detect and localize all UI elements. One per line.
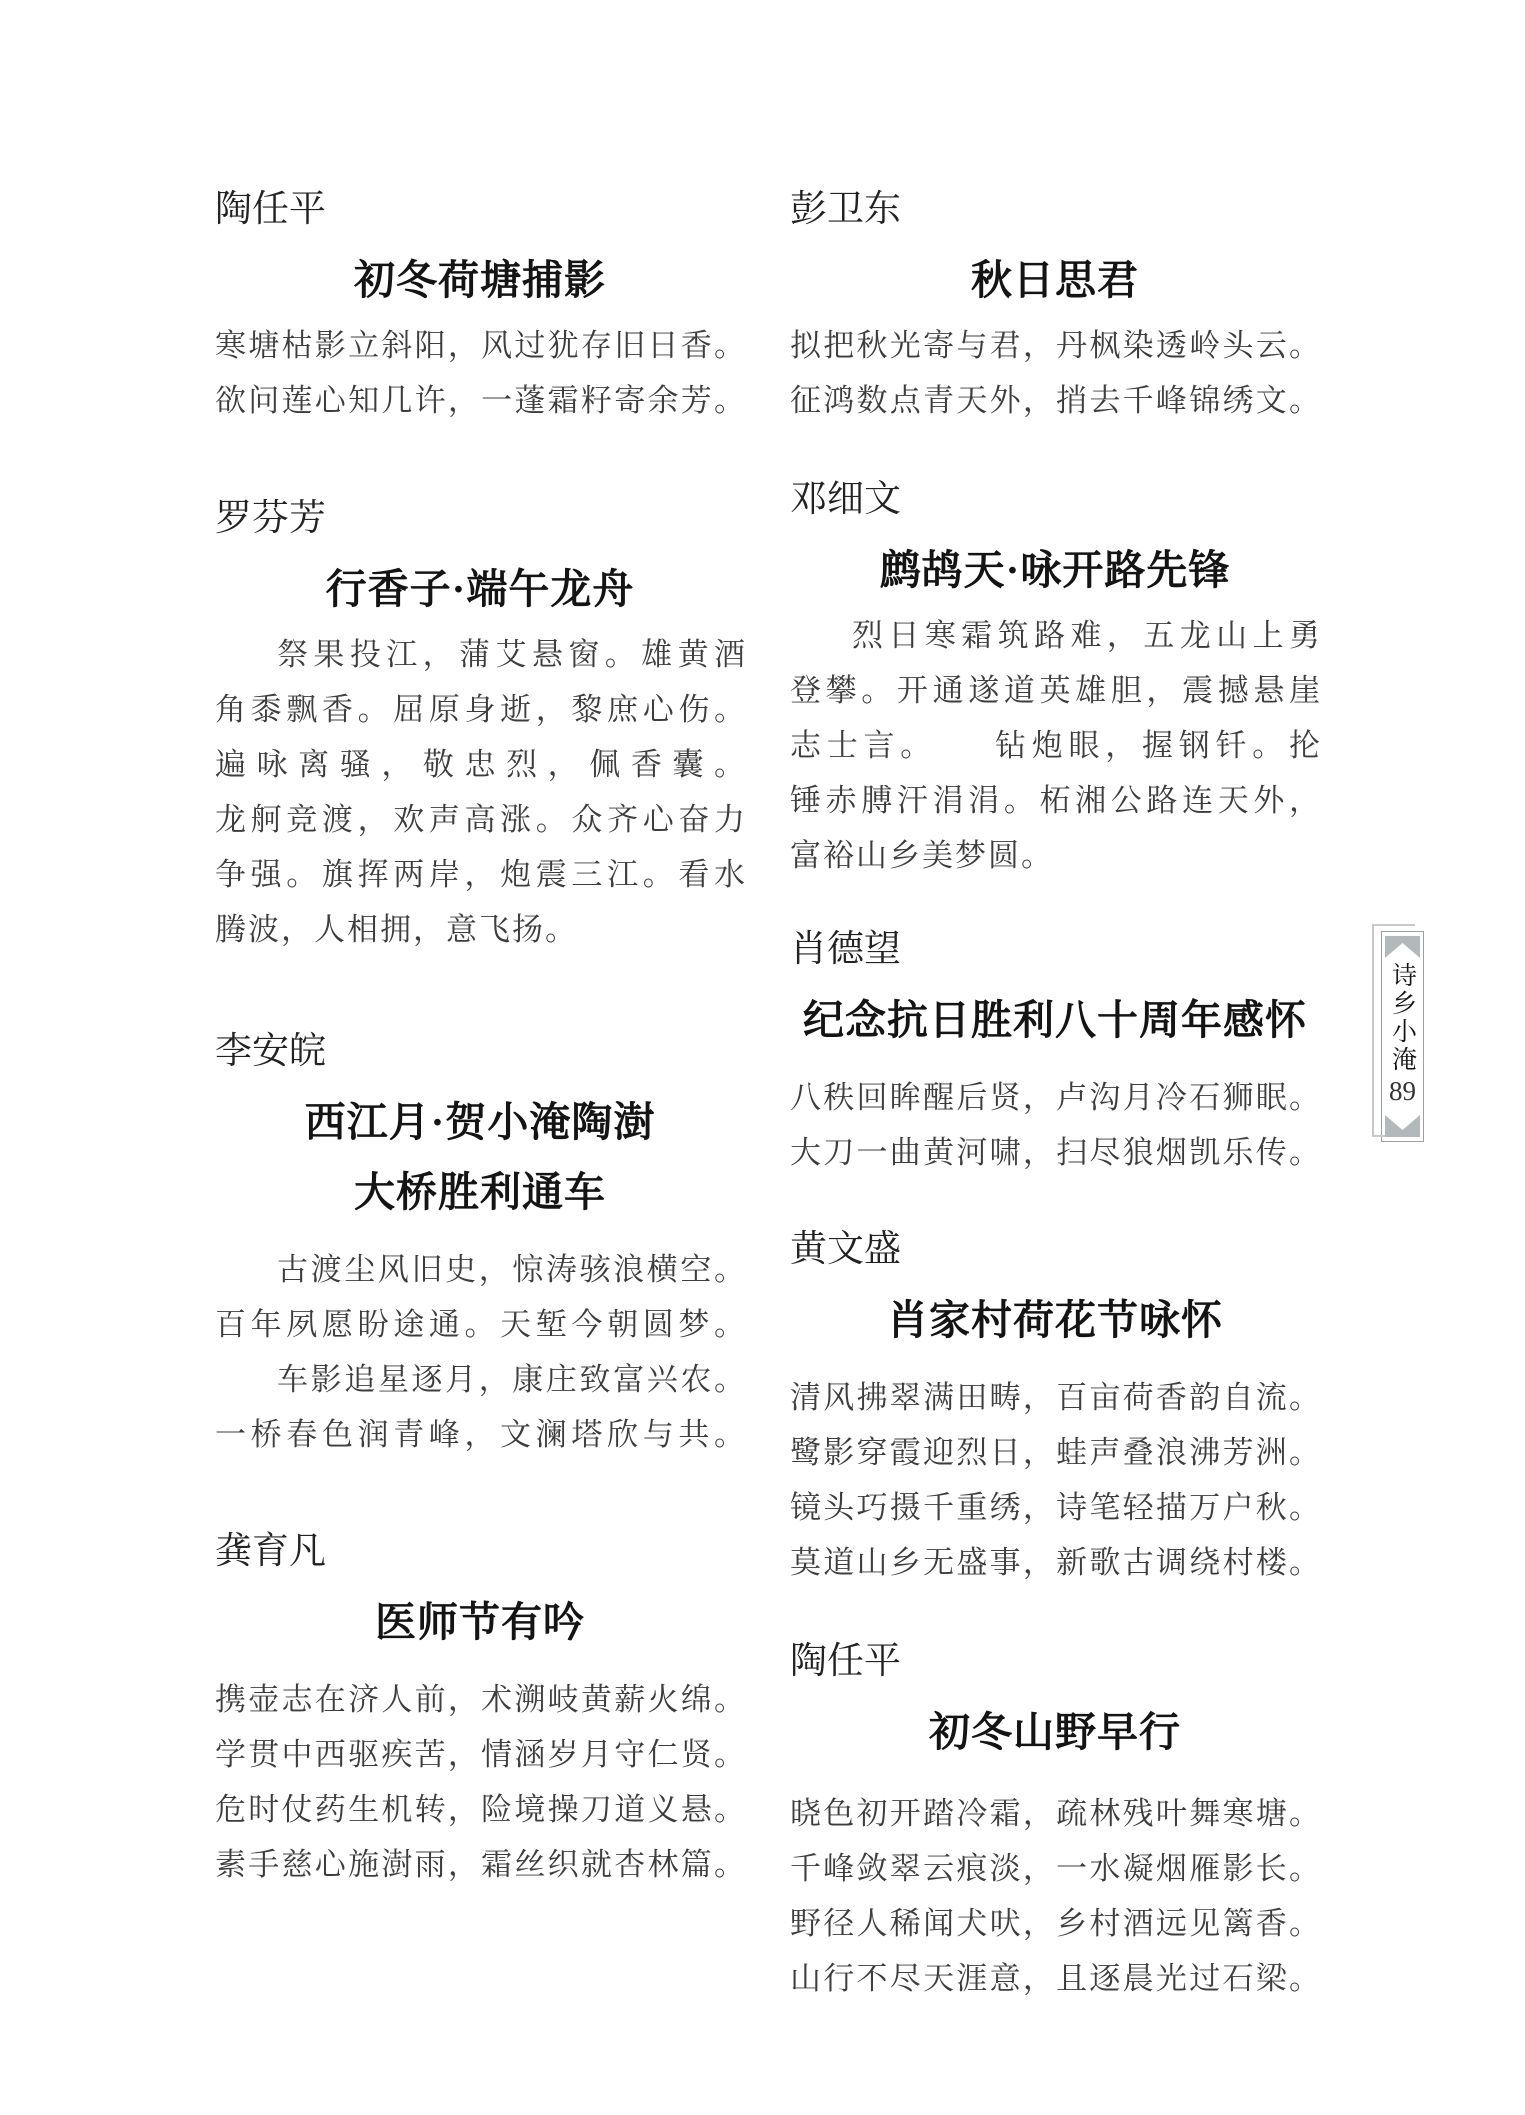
page: 陶任平 初冬荷塘捕影 寒塘枯影立斜阳，风过犹存旧日香。 欲问莲心知几许，一蓬霜籽… [0, 0, 1525, 2115]
poem-line: 祭果投江，蒲艾悬窗。雄黄酒 [215, 627, 745, 682]
poem-line: 晓色初开踏冷霜，疏林残叶舞寒塘。 [790, 1786, 1320, 1841]
poem-author: 黄文盛 [790, 1228, 1320, 1272]
poem-title: 行香子·端午龙舟 [215, 565, 745, 613]
poem-xiaodewang-jinian: 肖德望 纪念抗日胜利八十周年感怀 八秩回眸醒后贤，卢沟月冷石狮眠。 大刀一曲黄河… [790, 928, 1320, 1180]
poem-line: 素手慈心施澍雨，霜丝织就杏林篇。 [215, 1837, 745, 1892]
poem-line: 危时仗药生机转，险境操刀道义悬。 [215, 1782, 745, 1837]
poem-title: 纪念抗日胜利八十周年感怀 [790, 996, 1320, 1044]
right-column: 彭卫东 秋日思君 拟把秋光寄与君，丹枫染透岭头云。 征鸿数点青天外，捎去千峰锦绣… [790, 0, 1320, 2115]
poem-line: 野径人稀闻犬吠，乡村酒远见篱香。 [790, 1896, 1320, 1951]
side-banner: 诗乡小淹 89 [1381, 931, 1424, 1142]
poem-author: 肖德望 [790, 928, 1320, 972]
poem-title-line1: 西江月·贺小淹陶澍 [215, 1098, 745, 1146]
poem-author: 陶任平 [215, 188, 745, 232]
poem-line: 百年夙愿盼途通。天堑今朝圆梦。 [215, 1297, 745, 1352]
poem-lianwan-xijiangyue: 李安皖 西江月·贺小淹陶澍 大桥胜利通车 古渡尘风旧史，惊涛骇浪横空。 百年夙愿… [215, 1030, 745, 1462]
poem-line: 车影追星逐月，康庄致富兴农。 [215, 1352, 745, 1407]
poem-line: 龙舸竞渡，欢声高涨。众齐心奋力 [215, 792, 745, 847]
poem-line: 清风拂翠满田畴，百亩荷香韵自流。 [790, 1370, 1320, 1425]
poem-taorenping-hetang: 陶任平 初冬荷塘捕影 寒塘枯影立斜阳，风过犹存旧日香。 欲问莲心知几许，一蓬霜籽… [215, 188, 745, 428]
poem-line: 征鸿数点青天外，捎去千峰锦绣文。 [790, 373, 1320, 428]
poem-title: 初冬山野早行 [790, 1708, 1320, 1756]
poem-huangwensheng-hehuajie: 黄文盛 肖家村荷花节咏怀 清风拂翠满田畴，百亩荷香韵自流。 鹭影穿霞迎烈日，蛙声… [790, 1228, 1320, 1590]
poem-taorenping-shanye: 陶任平 初冬山野早行 晓色初开踏冷霜，疏林残叶舞寒塘。 千峰敛翠云痕淡，一水凝烟… [790, 1640, 1320, 2006]
poem-title: 鹧鸪天·咏开路先锋 [790, 546, 1320, 594]
poem-line: 八秩回眸醒后贤，卢沟月冷石狮眠。 [790, 1070, 1320, 1125]
banner-ribbon-top [1385, 936, 1420, 958]
poem-line: 角黍飘香。屈原身逝，黎庶心伤。 [215, 682, 745, 737]
poem-line: 富裕山乡美梦圆。 [790, 828, 1320, 883]
poem-line: 山行不尽天涯意，且逐晨光过石梁。 [790, 1951, 1320, 2006]
poem-line: 登攀。开通遂道英雄胆，震撼悬崖 [790, 663, 1320, 718]
poem-author: 邓细文 [790, 478, 1320, 522]
poem-author: 罗芬芳 [215, 497, 745, 541]
poem-title: 秋日思君 [790, 256, 1320, 304]
poem-line: 古渡尘风旧史，惊涛骇浪横空。 [215, 1242, 745, 1297]
poem-line: 欲问莲心知几许，一蓬霜籽寄余芳。 [215, 373, 745, 428]
poem-author: 龚育凡 [215, 1530, 745, 1574]
poem-line: 拟把秋光寄与君，丹枫染透岭头云。 [790, 318, 1320, 373]
poem-author: 李安皖 [215, 1030, 745, 1074]
poem-line: 学贯中西驱疾苦，情涵岁月守仁贤。 [215, 1727, 745, 1782]
poem-gongyufan-yishijie: 龚育凡 医师节有吟 携壶志在济人前，术溯岐黄薪火绵。 学贯中西驱疾苦，情涵岁月守… [215, 1530, 745, 1892]
poem-dengxiwen-zhegutian: 邓细文 鹧鸪天·咏开路先锋 烈日寒霜筑路难，五龙山上勇 登攀。开通遂道英雄胆，震… [790, 478, 1320, 883]
poem-line: 一桥春色润青峰，文澜塔欣与共。 [215, 1407, 745, 1462]
poem-pengweidong-qiuri: 彭卫东 秋日思君 拟把秋光寄与君，丹枫染透岭头云。 征鸿数点青天外，捎去千峰锦绣… [790, 188, 1320, 428]
poem-author: 陶任平 [790, 1640, 1320, 1684]
poem-line: 烈日寒霜筑路难，五龙山上勇 [790, 608, 1320, 663]
poem-line: 镜头巧摄千重绣，诗笔轻描万户秋。 [790, 1480, 1320, 1535]
poem-line: 志士言。 钻炮眼，握钢钎。抡 [790, 718, 1320, 773]
poem-title-line2: 大桥胜利通车 [215, 1168, 745, 1216]
poem-line: 携壶志在济人前，术溯岐黄薪火绵。 [215, 1672, 745, 1727]
poem-line: 莫道山乡无盛事，新歌古调绕村楼。 [790, 1535, 1320, 1590]
left-column: 陶任平 初冬荷塘捕影 寒塘枯影立斜阳，风过犹存旧日香。 欲问莲心知几许，一蓬霜籽… [215, 0, 745, 2115]
poem-line: 寒塘枯影立斜阳，风过犹存旧日香。 [215, 318, 745, 373]
banner-ribbon-bottom [1385, 1115, 1420, 1137]
page-number: 89 [1382, 1076, 1423, 1107]
poem-line: 争强。旗挥两岸，炮震三江。看水 [215, 847, 745, 902]
poem-line: 鹭影穿霞迎烈日，蛙声叠浪沸芳洲。 [790, 1425, 1320, 1480]
poem-author: 彭卫东 [790, 188, 1320, 232]
poem-line: 腾波，人相拥，意飞扬。 [215, 902, 745, 957]
poem-line: 遍咏离骚，敬忠烈，佩香囊。 [215, 737, 745, 792]
poem-title: 肖家村荷花节咏怀 [790, 1296, 1320, 1344]
poem-line: 大刀一曲黄河啸，扫尽狼烟凯乐传。 [790, 1125, 1320, 1180]
poem-title: 初冬荷塘捕影 [215, 256, 745, 304]
poem-luofenfang-xingxiangzi: 罗芬芳 行香子·端午龙舟 祭果投江，蒲艾悬窗。雄黄酒 角黍飘香。屈原身逝，黎庶心… [215, 497, 745, 957]
poem-line: 锤赤膊汗涓涓。柘湘公路连天外， [790, 773, 1320, 828]
poem-line: 千峰敛翠云痕淡，一水凝烟雁影长。 [790, 1841, 1320, 1896]
banner-title: 诗乡小淹 [1382, 962, 1423, 1074]
poem-title: 医师节有吟 [215, 1598, 745, 1646]
